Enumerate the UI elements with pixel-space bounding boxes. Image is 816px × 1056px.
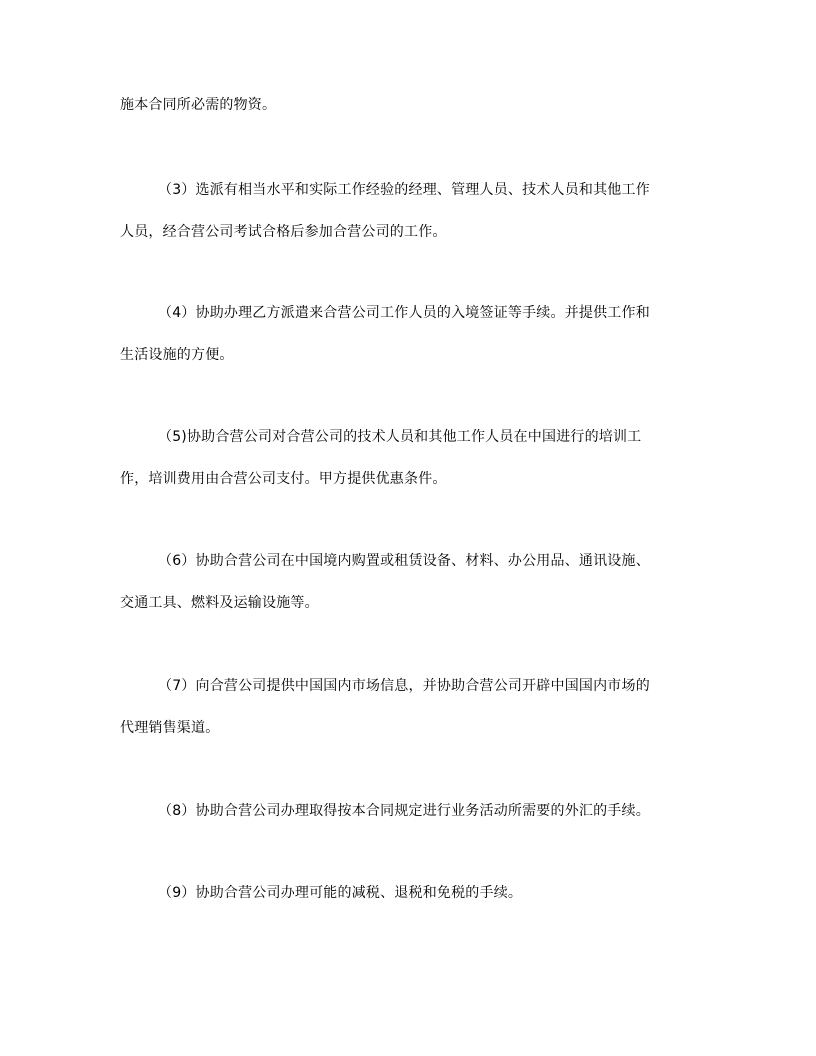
item-7-line-1: （7）向合营公司提供中国国内市场信息，并协助合营公司开辟中国国内市场的 [158,677,650,695]
item-9-line-1: （9）协助合营公司办理可能的减税、退税和免税的手续。 [158,884,522,902]
item-4-line-2: 生活设施的方便。 [120,346,234,364]
item-6-line-2: 交通工具、燃料及运输设施等。 [120,594,319,612]
paragraph-line: 施本合同所必需的物资。 [120,96,276,114]
item-3-line-1: （3）选派有相当水平和实际工作经验的经理、管理人员、技术人员和其他工作 [158,181,650,199]
item-5-line-1: （5)协助合营公司对合营公司的技术人员和其他工作人员在中国进行的培训工 [158,428,641,446]
item-3-line-2: 人员，经合营公司考试合格后参加合营公司的工作。 [120,223,447,241]
item-6-line-1: （6）协助合营公司在中国境内购置或租赁设备、材料、办公用品、通讯设施、 [158,552,650,570]
item-5-line-2: 作，培训费用由合营公司支付。甲方提供优惠条件。 [120,470,447,488]
item-4-line-1: （4）协助办理乙方派遣来合营公司工作人员的入境签证等手续。并提供工作和 [158,304,650,322]
item-7-line-2: 代理销售渠道。 [120,719,219,737]
item-8-line-1: （8）协助合营公司办理取得按本合同规定进行业务活动所需要的外汇的手续。 [158,802,650,820]
